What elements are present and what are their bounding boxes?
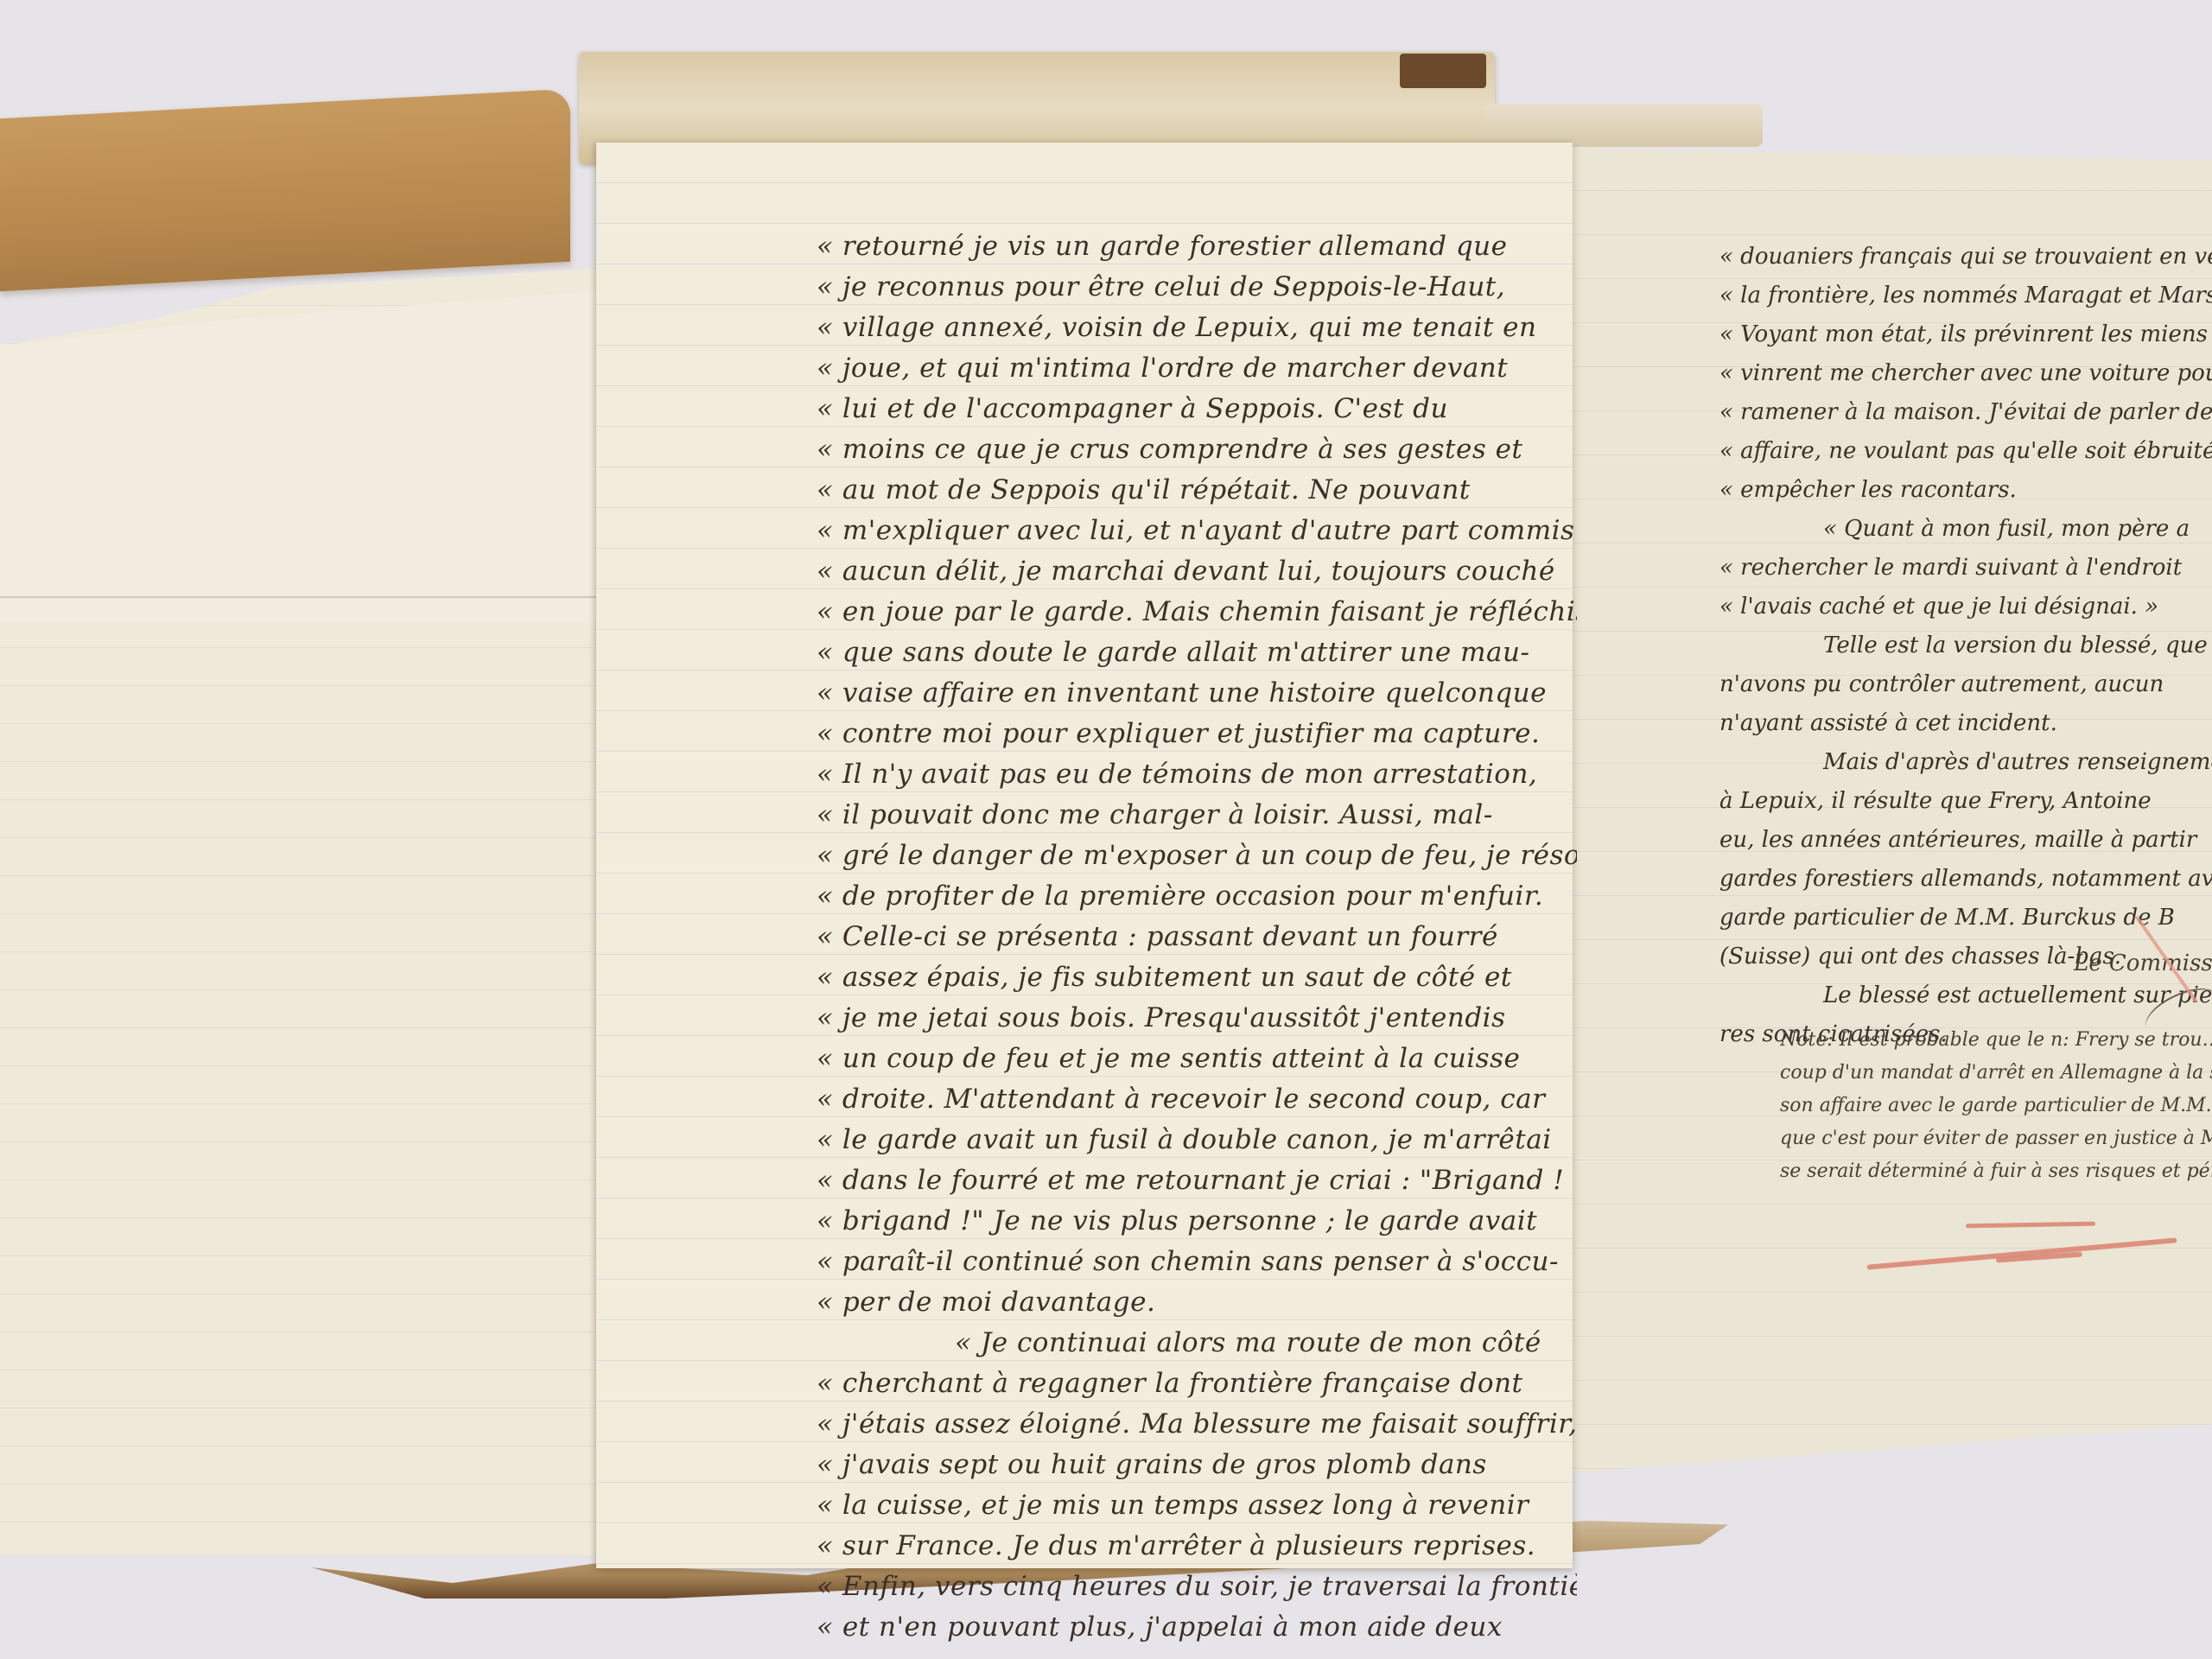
text-line: à Lepuix, il résulte que Frery, Antoine bbox=[1719, 782, 2212, 821]
folder-cover bbox=[0, 89, 570, 292]
text-line: Le blessé est actuellement sur pied bbox=[1719, 976, 2212, 1015]
text-line: « lui et de l'accompagner à Seppois. C'e… bbox=[817, 389, 1577, 429]
left-folded-flap bbox=[0, 276, 605, 622]
text-line: « Voyant mon état, ils prévinrent les mi… bbox=[1719, 315, 2212, 354]
text-line: « douaniers français qui se trouvaient e… bbox=[1719, 238, 2212, 276]
text-line: « m'expliquer avec lui, et n'ayant d'aut… bbox=[817, 511, 1577, 551]
text-line: « le garde avait un fusil à double canon… bbox=[817, 1120, 1577, 1160]
text-line: « cherchant à regagner la frontière fran… bbox=[817, 1363, 1577, 1404]
rolled-paper bbox=[1486, 104, 1763, 147]
folder-edge bbox=[1400, 54, 1486, 88]
text-line: « gré le danger de m'exposer à un coup d… bbox=[817, 836, 1577, 876]
text-line: « assez épais, je fis subitement un saut… bbox=[817, 957, 1577, 998]
text-line: « Il n'y avait pas eu de témoins de mon … bbox=[817, 754, 1577, 795]
text-line: « j'étais assez éloigné. Ma blessure me … bbox=[817, 1404, 1577, 1445]
text-line: « joue, et qui m'intima l'ordre de march… bbox=[817, 348, 1577, 389]
text-line: « affaire, ne voulant pas qu'elle soit é… bbox=[1719, 432, 2212, 471]
text-line: « ramener à la maison. J'évitai de parle… bbox=[1719, 393, 2212, 432]
text-line: « la cuisse, et je mis un temps assez lo… bbox=[817, 1485, 1577, 1526]
note-line: se serait déterminé à fuir à ses risques… bbox=[1780, 1155, 2212, 1188]
note-line: Note: Il est probable que le n: Frery se… bbox=[1780, 1024, 2212, 1057]
page-crease bbox=[0, 596, 605, 598]
note-line: que c'est pour éviter de passer en justi… bbox=[1780, 1122, 2212, 1155]
text-line: « au mot de Seppois qu'il répétait. Ne p… bbox=[817, 470, 1577, 511]
text-line: « Je continuai alors ma route de mon côt… bbox=[817, 1323, 1577, 1363]
text-line: « je reconnus pour être celui de Seppois… bbox=[817, 267, 1577, 308]
text-line: « que sans doute le garde allait m'attir… bbox=[817, 632, 1577, 673]
text-line: eu, les années antérieures, maille à par… bbox=[1719, 821, 2212, 860]
text-line: « aucun délit, je marchai devant lui, to… bbox=[817, 551, 1577, 592]
text-line: « je me jetai sous bois. Presqu'aussitôt… bbox=[817, 998, 1577, 1039]
text-line: « et n'en pouvant plus, j'appelai à mon … bbox=[817, 1607, 1577, 1648]
text-line: « un coup de feu et je me sentis atteint… bbox=[817, 1039, 1577, 1079]
center-page-text: « retourné je vis un garde forestier all… bbox=[817, 226, 1577, 1648]
text-line: Mais d'après d'autres renseignements bbox=[1719, 743, 2212, 782]
text-line: « per de moi davantage. bbox=[817, 1282, 1577, 1323]
text-line: « sur France. Je dus m'arrêter à plusieu… bbox=[817, 1526, 1577, 1567]
text-line: « il pouvait donc me charger à loisir. A… bbox=[817, 795, 1577, 836]
text-line: « rechercher le mardi suivant à l'endroi… bbox=[1719, 549, 2212, 588]
note-line: coup d'un mandat d'arrêt en Allemagne à … bbox=[1780, 1057, 2212, 1090]
text-line: Telle est la version du blessé, que bbox=[1719, 626, 2212, 665]
signature-label: Le Commissaire bbox=[2074, 950, 2212, 976]
text-line: « village annexé, voisin de Lepuix, qui … bbox=[817, 308, 1577, 348]
text-line: « j'avais sept ou huit grains de gros pl… bbox=[817, 1445, 1577, 1485]
text-line: « brigand !" Je ne vis plus personne ; l… bbox=[817, 1201, 1577, 1242]
text-line: « droite. M'attendant à recevoir le seco… bbox=[817, 1079, 1577, 1120]
right-page-text: « douaniers français qui se trouvaient e… bbox=[1719, 238, 2212, 1054]
text-line: « Quant à mon fusil, mon père a bbox=[1719, 510, 2212, 549]
text-line: n'avons pu contrôler autrement, aucun bbox=[1719, 665, 2212, 704]
text-line: « de profiter de la première occasion po… bbox=[817, 876, 1577, 917]
text-line: « empêcher les racontars. bbox=[1719, 471, 2212, 510]
text-line: « moins ce que je crus comprendre à ses … bbox=[817, 429, 1577, 470]
text-line: « contre moi pour expliquer et justifier… bbox=[817, 714, 1577, 754]
text-line: « en joue par le garde. Mais chemin fais… bbox=[817, 592, 1577, 632]
note-block: Note: Il est probable que le n: Frery se… bbox=[1780, 1024, 2212, 1188]
text-line: « paraît-il continué son chemin sans pen… bbox=[817, 1242, 1577, 1282]
text-line: « la frontière, les nommés Maragat et Ma… bbox=[1719, 276, 2212, 315]
text-line: « vinrent me chercher avec une voiture p… bbox=[1719, 354, 2212, 393]
text-line: « dans le fourré et me retournant je cri… bbox=[817, 1160, 1577, 1201]
text-line: « Enfin, vers cinq heures du soir, je tr… bbox=[817, 1567, 1577, 1607]
text-line: gardes forestiers allemands, notamment a… bbox=[1719, 860, 2212, 899]
note-line: son affaire avec le garde particulier de… bbox=[1780, 1090, 2212, 1122]
text-line: « l'avais caché et que je lui désignai. … bbox=[1719, 588, 2212, 626]
text-line: « Celle-ci se présenta : passant devant … bbox=[817, 917, 1577, 957]
text-line: « vaise affaire en inventant une histoir… bbox=[817, 673, 1577, 714]
text-line: « retourné je vis un garde forestier all… bbox=[817, 226, 1577, 267]
text-line: n'ayant assisté à cet incident. bbox=[1719, 704, 2212, 743]
